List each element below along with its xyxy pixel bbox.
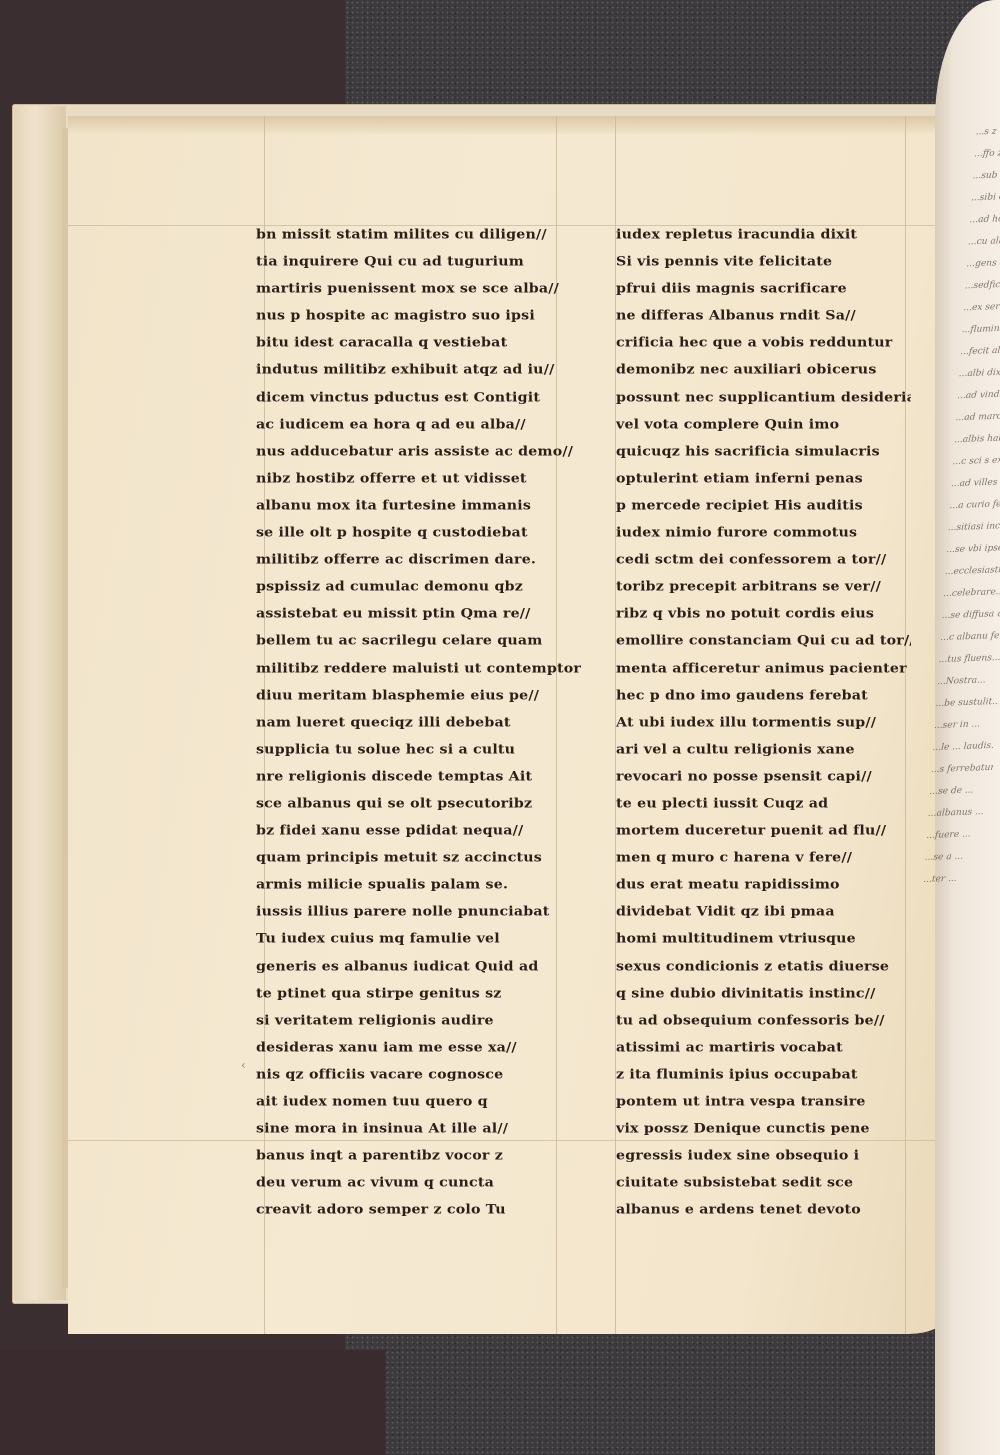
text-line: ...ffo z sempit z s... — [973, 141, 1000, 165]
text-line: pfrui diis magnis sacrificare — [616, 277, 911, 302]
text-line: albanus e ardens tenet devoto — [616, 1198, 911, 1223]
text-line: generis es albanus iudicat Quid ad — [256, 955, 586, 980]
text-line: cedi sctm dei confessorem a tor// — [616, 548, 911, 573]
text-line: hec p dno imo gaudens ferebat — [616, 684, 911, 709]
text-line: ...be sustulit... — [935, 691, 999, 715]
text-line: quam principis metuit sz accinctus — [256, 846, 586, 871]
text-line: crificia hec que a vobis redduntur — [616, 331, 911, 356]
text-column-left: bn missit statim milites cu diligen//tia… — [256, 222, 586, 1224]
text-line: ...c sci s ex ips... — [952, 449, 1000, 473]
text-line: iudex nimio furore commotus — [616, 521, 911, 546]
text-line: desideras xanu iam me esse xa// — [256, 1036, 586, 1061]
text-line: tia inquirere Qui cu ad tugurium — [256, 250, 586, 275]
text-line: dividebat Vidit qz ibi pmaa — [616, 900, 911, 925]
text-line: optulerint etiam inferni penas — [616, 467, 911, 492]
text-line: revocari no posse psensit capi// — [616, 765, 911, 790]
text-line: egressis iudex sine obsequio i — [616, 1144, 911, 1169]
text-line: dicem vinctus pductus est Contigit — [256, 386, 586, 411]
text-line: menta afficeretur animus pacienter — [616, 657, 911, 682]
text-line: ...se a ... — [924, 845, 988, 869]
text-line: ...tus fluens... — [938, 647, 1000, 671]
text-line: atissimi ac martiris vocabat — [616, 1036, 911, 1061]
text-line: ribz q vbis no potuit cordis eius — [616, 602, 911, 627]
text-line: ...cu albo cui qui... — [967, 229, 1000, 253]
text-line: nus adducebatur aris assiste ac demo// — [256, 440, 586, 465]
text-line: homi multitudinem vtriusque — [616, 928, 911, 953]
dark-backdrop-bottom — [0, 1350, 385, 1455]
text-line: militibz reddere maluisti ut contemptor — [256, 657, 586, 682]
text-line: banus inqt a parentibz vocor z — [256, 1144, 586, 1169]
text-line: bitu idest caracalla q vestiebat — [256, 331, 586, 356]
text-line: emollire constanciam Qui cu ad tor// — [616, 629, 911, 654]
text-line: ...le ... laudis... — [932, 735, 996, 759]
text-line: armis milicie spualis palam se. — [256, 873, 586, 898]
text-line: ...a curio ferre... — [949, 493, 1000, 517]
text-line: ...sub dio roccai... — [972, 163, 1000, 187]
text-line: ...s ferrebatur... — [930, 757, 994, 781]
text-line: sine mora in insinua At ille al// — [256, 1117, 586, 1142]
text-line: pontem ut intra vespa transire — [616, 1090, 911, 1115]
text-line: ...celebrare... — [943, 581, 1000, 605]
text-line: martiris puenissent mox se sce alba// — [256, 277, 586, 302]
text-line: p mercede recipiet His auditis — [616, 494, 911, 519]
text-line: demonibz nec auxiliari obicerus — [616, 359, 911, 384]
text-line: vix possz Denique cunctis pene — [616, 1117, 911, 1142]
text-line: bn missit statim milites cu diligen// — [256, 223, 586, 248]
text-line: bz fidei xanu esse pdidat nequa// — [256, 819, 586, 844]
text-line: pspissiz ad cumulac demonu qbz — [256, 575, 586, 600]
text-line: possunt nec supplicantium desideria — [616, 386, 911, 411]
text-line: nre religionis discede temptas Ait — [256, 765, 586, 790]
text-line: ...s z Gloriosus orat — [975, 119, 1000, 143]
text-line: ...ad hoc mitigat... — [969, 207, 1000, 231]
text-line: se ille olt p hospite q custodiebat — [256, 521, 586, 546]
text-line: ...ecclesiastici... — [944, 559, 1000, 583]
text-line: te ptinet qua stirpe genitus sz — [256, 982, 586, 1007]
text-line: ...ser in ... — [933, 713, 997, 737]
text-line: toribz precepit arbitrans se ver// — [616, 575, 911, 600]
text-line: mortem duceretur puenit ad flu// — [616, 819, 911, 844]
text-line: ...fuere ... — [926, 823, 990, 847]
text-line: dus erat meatu rapidissimo — [616, 873, 911, 898]
text-line: men q muro c harena v fere// — [616, 846, 911, 871]
text-line: nam lueret queciqz illi debebat — [256, 711, 586, 736]
page-top-shadow — [68, 116, 948, 134]
text-line: ...albi dixit sunt... — [958, 361, 1000, 385]
text-line: iudex repletus iracundia dixit — [616, 223, 911, 248]
text-line: ait iudex nomen tuu quero q — [256, 1090, 586, 1115]
text-line: vel vota complere Quin imo — [616, 413, 911, 438]
text-line: supplicia tu solue hec si a cultu — [256, 738, 586, 763]
text-line: deu verum ac vivum q cuncta — [256, 1171, 586, 1196]
text-line: ac iudicem ea hora q ad eu alba// — [256, 413, 586, 438]
text-line: Si vis pennis vite felicitate — [616, 250, 911, 275]
text-line: sexus condicionis z etatis diuerse — [616, 955, 911, 980]
text-line: ...ad villes conte... — [950, 471, 1000, 495]
text-line: ...ad marcos p... — [955, 405, 1000, 429]
text-line: At ubi iudex illu tormentis sup// — [616, 711, 911, 736]
text-line: ne differas Albanus rndit Sa// — [616, 304, 911, 329]
text-line: si veritatem religionis audire — [256, 1009, 586, 1034]
text-line: ...fecit albanus... — [960, 339, 1000, 363]
text-line: diuu meritam blasphemie eius pe// — [256, 684, 586, 709]
text-line: ...flumina animae... — [961, 317, 1000, 341]
text-line: ...ter ... — [922, 867, 986, 891]
text-line: ...se de ... — [929, 779, 993, 803]
text-line: z ita fluminis ipius occupabat — [616, 1063, 911, 1088]
text-line: ...sitiasi incisi... — [947, 515, 1000, 539]
text-line: nis qz officiis vacare cognosce — [256, 1063, 586, 1088]
text-line: ari vel a cultu religionis xane — [616, 738, 911, 763]
text-line: ...ex serutaris au... — [963, 295, 1000, 319]
text-line: creavit adoro semper z colo Tu — [256, 1198, 586, 1223]
binding-spine-edge — [14, 106, 66, 1300]
text-line: assistebat eu missit ptin Qma re// — [256, 602, 586, 627]
text-line: ...albis habet... — [953, 427, 1000, 451]
text-column-right: iudex repletus iracundia dixitSi vis pen… — [616, 222, 911, 1224]
text-line: ...Nostra... — [936, 669, 1000, 693]
marginal-mark: ‹ — [241, 1058, 246, 1072]
text-line: iussis illius parere nolle pnunciabat — [256, 900, 586, 925]
text-line: ...ad vindicta... — [956, 383, 1000, 407]
text-line: albanu mox ita furtesine immanis — [256, 494, 586, 519]
text-line: quicuqz his sacrificia simulacris — [616, 440, 911, 465]
text-line: ...sedficandus ex... — [964, 273, 1000, 297]
text-line: ...c albanu fe... — [939, 625, 1000, 649]
text-line: ...albanus ... — [927, 801, 991, 825]
text-line: ...sibi cultum fuis... — [970, 185, 1000, 209]
text-line: ...gens ad gerfuum... — [966, 251, 1000, 275]
text-line: sce albanus qui se olt psecutoribz — [256, 792, 586, 817]
text-line: nus p hospite ac magistro suo ipsi — [256, 304, 586, 329]
text-line: te eu plecti iussit Cuqz ad — [616, 792, 911, 817]
text-line: nibz hostibz offerre et ut vidisset — [256, 467, 586, 492]
text-line: tu ad obsequium confessoris be// — [616, 1009, 911, 1034]
text-line: Tu iudex cuius mq famulie vel — [256, 928, 586, 953]
text-line: ciuitate subsistebat sedit sce — [616, 1171, 911, 1196]
text-line: ...se diffusa qu... — [941, 603, 1000, 627]
text-line: bellem tu ac sacrilegu celare quam — [256, 629, 586, 654]
text-line: indutus militibz exhibuit atqz ad iu// — [256, 359, 586, 384]
text-line: ...se vbi ipseco... — [946, 537, 1000, 561]
text-line: militibz offerre ac discrimen dare. — [256, 548, 586, 573]
text-line: q sine dubio divinitatis instinc// — [616, 982, 911, 1007]
